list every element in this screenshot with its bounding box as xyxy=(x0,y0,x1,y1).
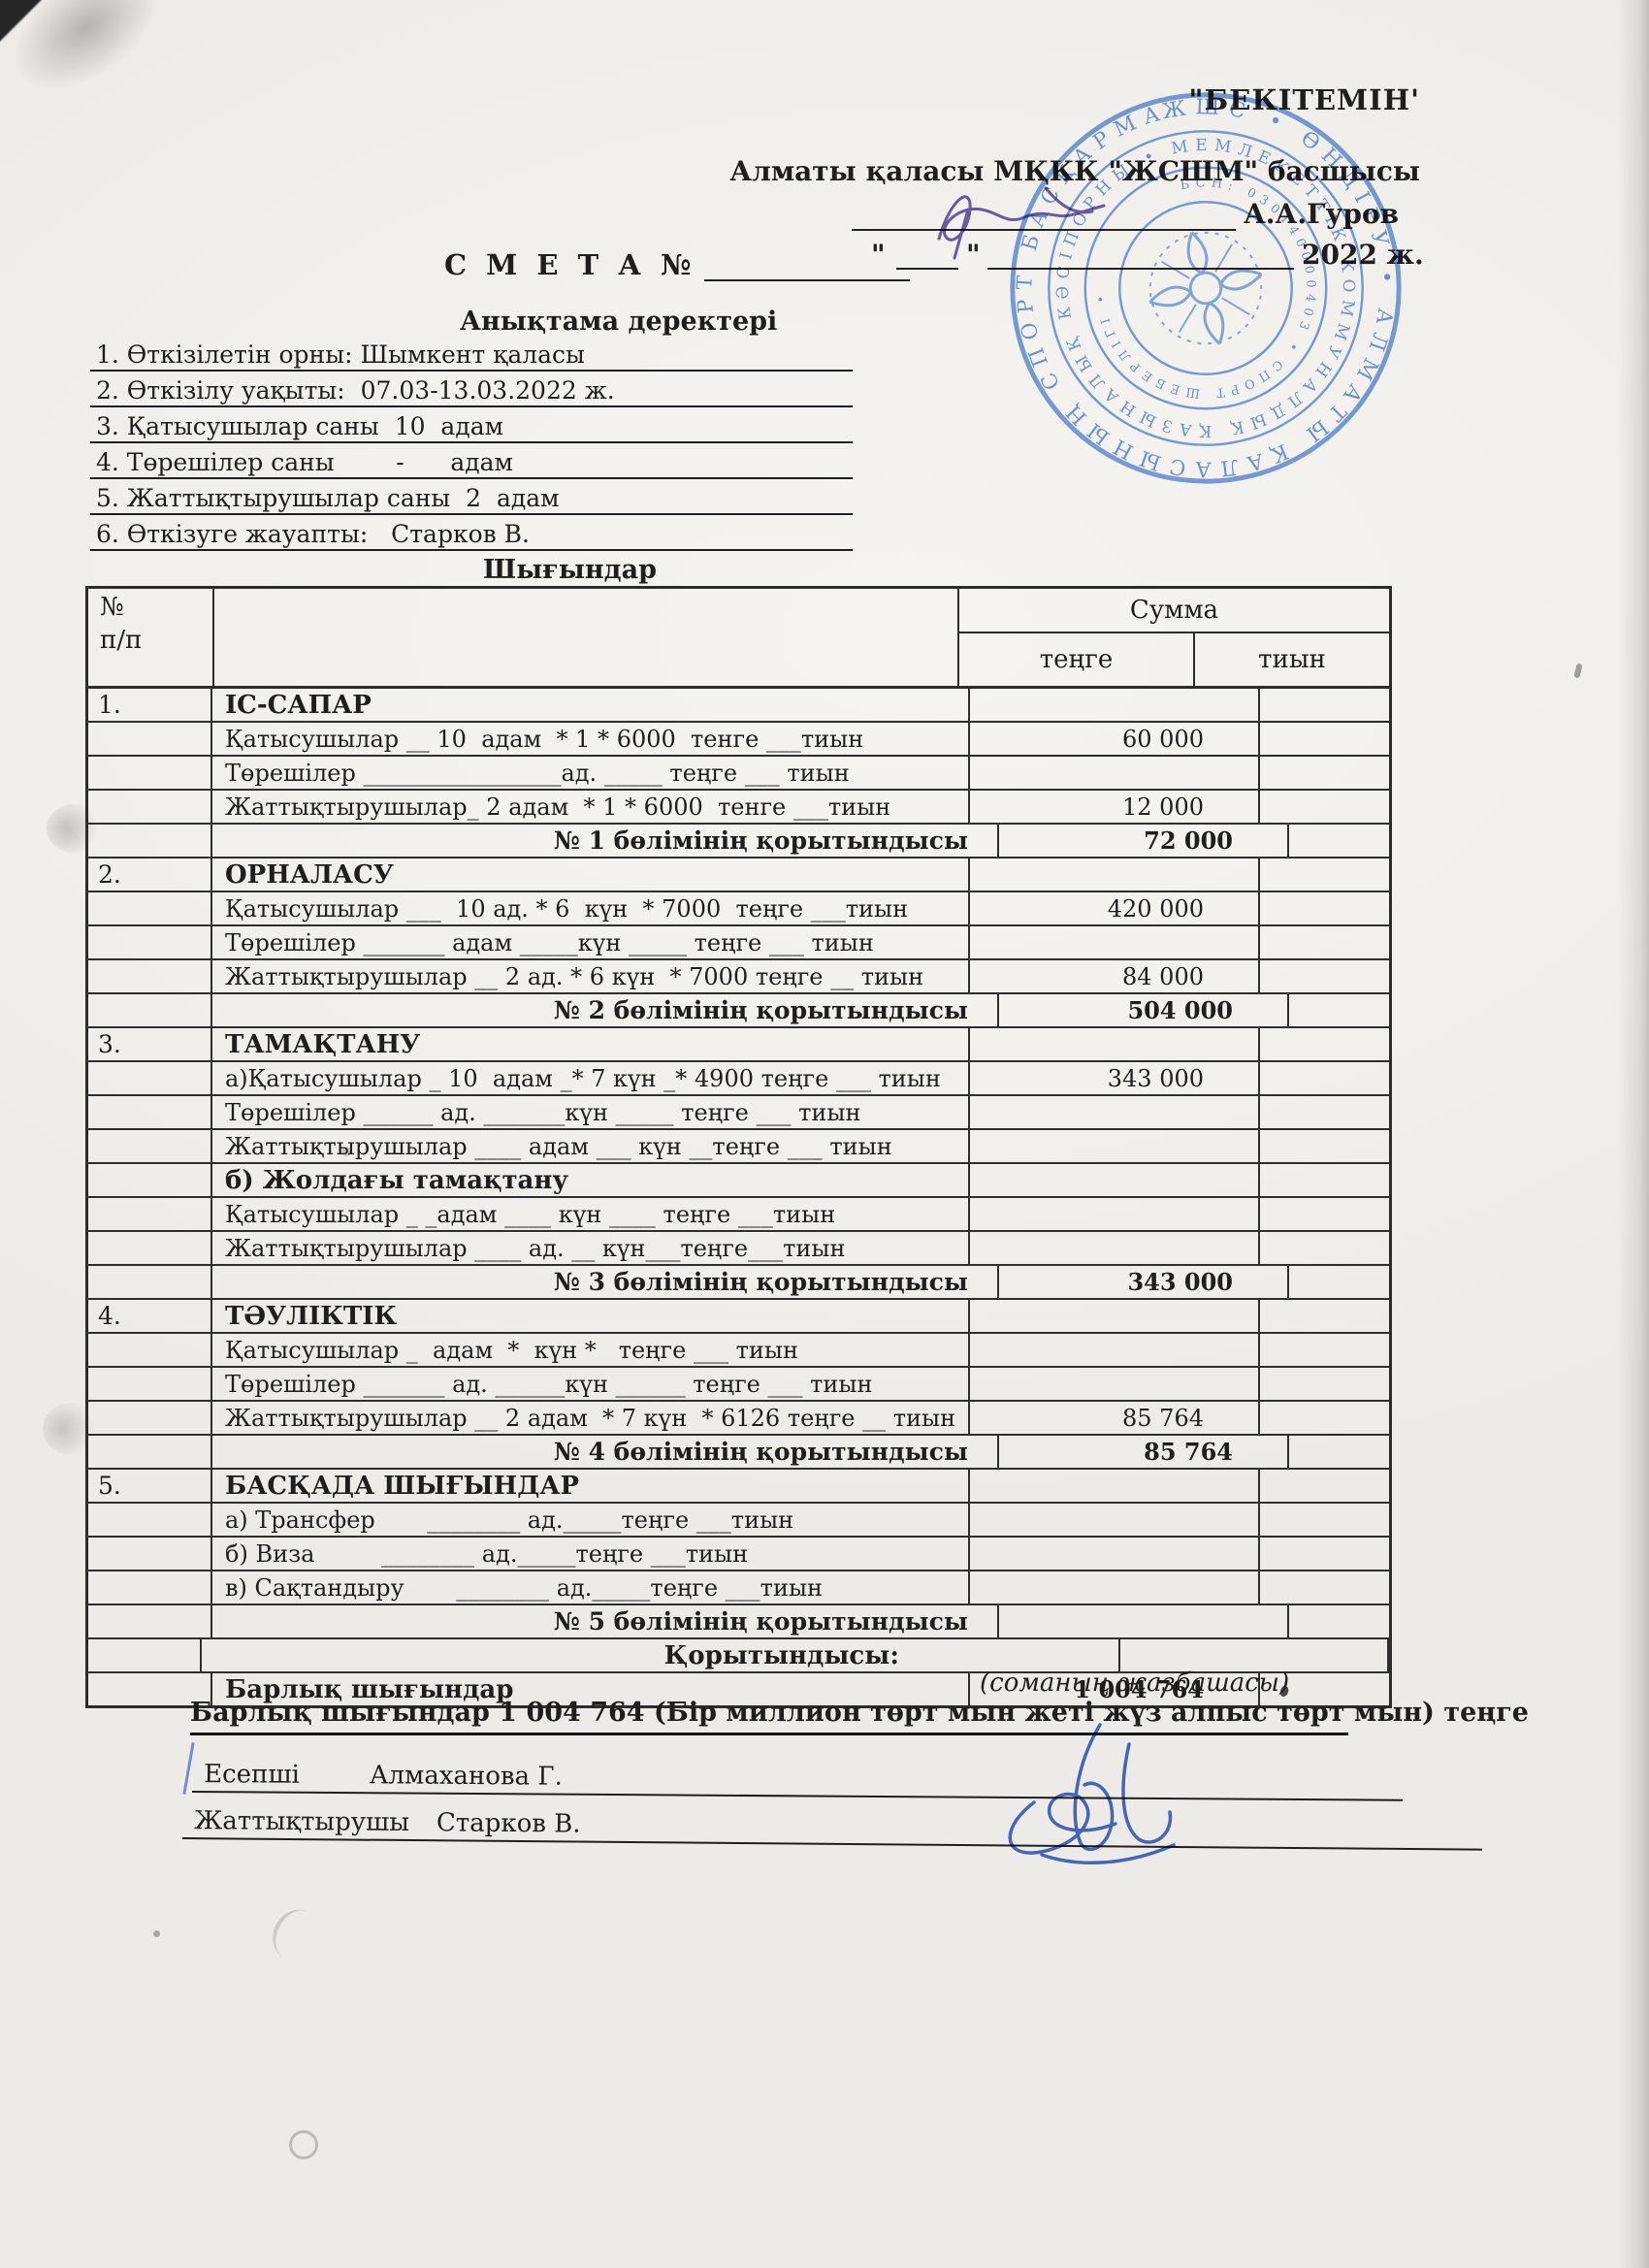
table-row: Төрешілер ______ ад. _______күн _____ те… xyxy=(88,1096,1389,1130)
row-description: № 1 бөлімінің қорытындысы xyxy=(212,825,999,857)
row-number xyxy=(88,926,212,958)
row-number xyxy=(88,825,212,857)
row-amount-tenge: 72 000 xyxy=(999,825,1289,857)
row-description: Қатысушылар _ адам * күн * теңге ___ тиы… xyxy=(212,1334,970,1366)
row-amount-tiyn xyxy=(1260,1096,1389,1128)
table-row: Төрешілер _______ ад. ______күн ______ т… xyxy=(88,1368,1389,1402)
row-amount-tiyn xyxy=(1260,960,1389,992)
row-description: Төрешілер ______ ад. _______күн _____ те… xyxy=(212,1096,970,1128)
table-row: б) Жолдағы тамақтану xyxy=(88,1164,1389,1198)
row-number xyxy=(88,723,212,755)
row-amount-tiyn xyxy=(1260,1368,1389,1400)
official-stamp: ЖШС • ӨНДІРУ • АЛМАТЫ ҚАЛАСЫНЫҢ СПОРТ БА… xyxy=(962,45,1449,532)
row-amount-tiyn xyxy=(1260,1571,1389,1604)
row-description: БАСҚАДА ШЫҒЫНДАР xyxy=(212,1470,970,1502)
row-description: № 3 бөлімінің қорытындысы xyxy=(212,1266,999,1298)
row-amount-tenge xyxy=(970,757,1260,789)
row-amount-tenge xyxy=(970,1164,1260,1196)
row-description: Жаттықтырушылар_ 2 адам * 1 * 6000 тенге… xyxy=(212,791,970,823)
row-number: 1. xyxy=(88,689,212,721)
table-row: Жаттықтырушылар __ 2 адам * 7 күн * 6126… xyxy=(88,1402,1389,1436)
reference-item: 1. Өткізілетін орны: Шымкент қаласы xyxy=(90,336,853,372)
row-description: Қатысушылар __ 10 адам * 1 * 6000 тенге … xyxy=(212,723,970,755)
row-number xyxy=(88,1605,212,1637)
table-row: 1.ІС-САПАР xyxy=(88,689,1389,723)
expenses-heading: Шығындар xyxy=(483,555,657,585)
row-description: а) Трансфер ________ ад._____теңге ___ти… xyxy=(212,1504,970,1536)
row-amount-tenge xyxy=(970,1300,1260,1332)
reference-item: 3. Қатысушылар саны 10 адам xyxy=(90,407,853,443)
row-amount-tiyn xyxy=(1260,1232,1389,1264)
svg-text:ЖШС • ӨНДІРУ • АЛМАТЫ ҚАЛАСЫНЫ: ЖШС • ӨНДІРУ • АЛМАТЫ ҚАЛАСЫНЫҢ СПОРТ БА… xyxy=(962,45,1439,527)
row-amount-tenge xyxy=(970,1334,1260,1366)
accountant-label: Есепші xyxy=(192,1760,300,1790)
row-amount-tiyn xyxy=(1260,1402,1389,1434)
row-description: в) Сақтандыру ________ ад._____теңге ___… xyxy=(212,1571,970,1604)
table-row: № 4 бөлімінің қорытындысы85 764 xyxy=(88,1436,1389,1470)
row-description: Жаттықтырушылар __ 2 ад. * 6 күн * 7000 … xyxy=(212,960,970,992)
row-amount-tiyn xyxy=(1260,689,1389,721)
row-amount-tiyn xyxy=(1260,859,1389,891)
row-number xyxy=(88,960,212,992)
smeta-label: С М Е Т А № xyxy=(444,248,696,281)
row-amount-tenge xyxy=(970,1028,1260,1060)
row-number xyxy=(88,791,212,823)
row-amount-tenge: 12 000 xyxy=(970,791,1260,823)
row-description: а)Қатысушылар _ 10 адам _* 7 күн _* 4900… xyxy=(212,1062,970,1094)
scan-mark-curl xyxy=(264,1901,330,1969)
document-title: С М Е Т А № xyxy=(444,248,910,281)
row-description: Қатысушылар _ _адам ____ күн ____ теңге … xyxy=(212,1198,970,1230)
column-header-tiyn: тиын xyxy=(1195,633,1389,686)
row-amount-tenge: 343 000 xyxy=(970,1062,1260,1094)
row-number: 5. xyxy=(88,1470,212,1502)
row-number xyxy=(88,1402,212,1434)
row-amount-tenge: 85 764 xyxy=(970,1402,1260,1434)
table-row: Жаттықтырушылар ____ адам ___ күн __теңг… xyxy=(88,1130,1389,1164)
smeta-number-blank xyxy=(704,252,910,281)
row-number xyxy=(88,1164,212,1196)
row-amount-tiyn xyxy=(1260,757,1389,789)
row-amount-tenge xyxy=(970,1368,1260,1400)
row-number: 2. xyxy=(88,859,212,891)
column-header-sum-group: Сумма теңге тиын xyxy=(959,589,1389,686)
row-description: № 2 бөлімінің қорытындысы xyxy=(212,994,999,1026)
reference-list: 1. Өткізілетін орны: Шымкент қаласы2. Өт… xyxy=(90,336,853,551)
row-description: Төрешілер _________________ад. _____ тең… xyxy=(212,757,970,789)
row-description: Жаттықтырушылар __ 2 адам * 7 күн * 6126… xyxy=(212,1402,970,1434)
reference-item: 4. Төрешілер саны - адам xyxy=(90,443,853,479)
row-number xyxy=(88,1504,212,1536)
column-header-tenge: теңге xyxy=(959,633,1195,686)
column-header-number: № п/п xyxy=(88,589,214,686)
table-row: Төрешілер _______ адам _____күн _____ те… xyxy=(88,926,1389,960)
row-description: ОРНАЛАСУ xyxy=(212,859,970,891)
table-row: № 5 бөлімінің қорытындысы xyxy=(88,1605,1389,1639)
row-description: Жаттықтырушылар ____ ад. __ күн___теңге_… xyxy=(212,1232,970,1264)
table-row: Қатысушылар _ _адам ____ күн ____ теңге … xyxy=(88,1198,1389,1232)
row-description: № 5 бөлімінің қорытындысы xyxy=(212,1605,999,1637)
row-amount-tenge xyxy=(970,1130,1260,1162)
table-row: 3.ТАМАҚТАНУ xyxy=(88,1028,1389,1062)
row-amount-tenge xyxy=(970,1470,1260,1502)
row-amount-tiyn xyxy=(1260,1538,1389,1570)
row-amount-tenge: 420 000 xyxy=(970,892,1260,924)
row-amount-tiyn xyxy=(1260,1028,1389,1060)
row-amount-tiyn xyxy=(1260,1334,1389,1366)
row-number xyxy=(88,1266,212,1298)
row-amount-tiyn xyxy=(1260,1198,1389,1230)
sum-subheaders: теңге тиын xyxy=(959,633,1389,686)
row-description: б) Виза ________ ад._____теңге ___тиын xyxy=(212,1538,970,1570)
trainer-handwritten-signature xyxy=(982,1707,1273,1877)
row-number xyxy=(88,1571,212,1604)
number-header-line2: п/п xyxy=(100,624,212,657)
row-amount-tiyn xyxy=(1260,926,1389,958)
row-amount-tenge xyxy=(1120,1639,1389,1671)
reference-heading: Анықтама деректері xyxy=(460,307,777,337)
reference-item: 5. Жаттықтырушылар саны 2 адам xyxy=(90,479,853,515)
scanned-document-page: "БЕКІТЕМІН' Алматы қаласы МҚКК "ЖСШМ" ба… xyxy=(0,0,1649,2268)
row-number: 4. xyxy=(88,1300,212,1332)
expenses-table-body: 1.ІС-САПАРҚатысушылар __ 10 адам * 1 * 6… xyxy=(88,689,1389,1705)
row-amount-tenge: 504 000 xyxy=(999,994,1289,1026)
table-row: Қатысушылар _ адам * күн * теңге ___ тиы… xyxy=(88,1334,1389,1368)
row-description: ТАМАҚТАНУ xyxy=(212,1028,970,1060)
row-amount-tenge: 343 000 xyxy=(999,1266,1289,1298)
row-number xyxy=(88,1232,212,1264)
row-amount-tiyn xyxy=(1260,1300,1389,1332)
row-amount-tenge xyxy=(970,1504,1260,1536)
row-amount-tiyn xyxy=(1260,1130,1389,1162)
table-row: № 1 бөлімінің қорытындысы72 000 xyxy=(88,825,1389,859)
row-number xyxy=(88,1639,202,1671)
scan-mark-ring xyxy=(289,2130,318,2159)
row-amount-tiyn xyxy=(1289,1266,1389,1298)
table-row: Жаттықтырушылар_ 2 адам * 1 * 6000 тенге… xyxy=(88,791,1389,825)
row-number xyxy=(88,994,212,1026)
table-row: Төрешілер _________________ад. _____ тең… xyxy=(88,757,1389,791)
table-row: Жаттықтырушылар ____ ад. __ күн___теңге_… xyxy=(88,1232,1389,1266)
row-amount-tenge xyxy=(970,859,1260,891)
row-number xyxy=(88,1334,212,1366)
row-amount-tiyn xyxy=(1289,1605,1389,1637)
row-amount-tiyn xyxy=(1289,825,1389,857)
row-amount-tiyn xyxy=(1289,994,1389,1026)
table-row: 2.ОРНАЛАСУ xyxy=(88,859,1389,892)
accountant-name: Алмаханова Г. xyxy=(370,1761,563,1791)
trainer-label: Жаттықтырушы xyxy=(182,1806,409,1837)
expenses-table-header: № п/п Сумма теңге тиын xyxy=(88,589,1389,689)
table-row: а) Трансфер ________ ад._____теңге ___ти… xyxy=(88,1504,1389,1538)
table-row: Қатысушылар ___ 10 ад. * 6 күн * 7000 те… xyxy=(88,892,1389,926)
row-description: Қорытындысы: xyxy=(202,1639,1120,1671)
trainer-name: Старков В. xyxy=(436,1808,581,1838)
scan-corner-fold xyxy=(0,0,60,56)
row-number xyxy=(88,1096,212,1128)
director-handwritten-signature xyxy=(929,177,1191,274)
row-description: Қатысушылар ___ 10 ад. * 6 күн * 7000 те… xyxy=(212,892,970,924)
row-description: ТӘУЛІКТІК xyxy=(212,1300,970,1332)
sum-in-words-note: (соманың жазбашасы) xyxy=(980,1669,1289,1698)
row-amount-tiyn xyxy=(1260,1164,1389,1196)
row-number: 3. xyxy=(88,1028,212,1060)
row-number xyxy=(88,1130,212,1162)
row-number xyxy=(88,1538,212,1570)
row-amount-tenge xyxy=(970,1538,1260,1570)
row-description: № 4 бөлімінің қорытындысы xyxy=(212,1436,999,1468)
row-amount-tiyn xyxy=(1260,892,1389,924)
row-amount-tenge: 84 000 xyxy=(970,960,1260,992)
reference-item: 6. Өткізуге жауапты: Старков В. xyxy=(90,515,853,551)
column-header-sum: Сумма xyxy=(959,589,1389,633)
row-amount-tiyn xyxy=(1260,1062,1389,1094)
row-amount-tiyn xyxy=(1260,1470,1389,1502)
row-description: Жаттықтырушылар ____ адам ___ күн __теңг… xyxy=(212,1130,970,1162)
scan-speck xyxy=(1573,663,1582,678)
row-amount-tenge xyxy=(970,689,1260,721)
row-description: ІС-САПАР xyxy=(212,689,970,721)
table-row: № 2 бөлімінің қорытындысы504 000 xyxy=(88,994,1389,1028)
expenses-table: № п/п Сумма теңге тиын 1.ІС-САПАРҚатысуш… xyxy=(85,586,1392,1708)
scan-edge-shadow xyxy=(1618,0,1649,2268)
row-amount-tenge xyxy=(970,1198,1260,1230)
table-row: б) Виза ________ ад._____теңге ___тиын xyxy=(88,1538,1389,1571)
row-amount-tenge xyxy=(970,926,1260,958)
table-row: № 3 бөлімінің қорытындысы343 000 xyxy=(88,1266,1389,1300)
row-amount-tenge xyxy=(970,1096,1260,1128)
number-header-line1: № xyxy=(100,591,212,624)
row-number xyxy=(88,1436,212,1468)
row-number xyxy=(88,892,212,924)
table-row: в) Сақтандыру ________ ад._____теңге ___… xyxy=(88,1571,1389,1605)
row-number xyxy=(88,757,212,789)
row-description: Төрешілер _______ ад. ______күн ______ т… xyxy=(212,1368,970,1400)
table-row: 5.БАСҚАДА ШЫҒЫНДАР xyxy=(88,1470,1389,1504)
table-row: Қатысушылар __ 10 адам * 1 * 6000 тенге … xyxy=(88,723,1389,757)
row-description: б) Жолдағы тамақтану xyxy=(212,1164,970,1196)
row-amount-tiyn xyxy=(1289,1436,1389,1468)
column-header-description xyxy=(214,589,959,686)
table-row: 4.ТӘУЛІКТІК xyxy=(88,1300,1389,1334)
row-number xyxy=(88,1368,212,1400)
stamp-ring-outer-text: ЖШС • ӨНДІРУ • АЛМАТЫ ҚАЛАСЫНЫҢ СПОРТ БА… xyxy=(962,45,1439,527)
row-number xyxy=(88,1198,212,1230)
row-amount-tenge: 60 000 xyxy=(970,723,1260,755)
row-description: Төрешілер _______ адам _____күн _____ те… xyxy=(212,926,970,958)
table-row: а)Қатысушылар _ 10 адам _* 7 күн _* 4900… xyxy=(88,1062,1389,1096)
scan-speck xyxy=(153,1930,160,1937)
row-amount-tenge xyxy=(999,1605,1289,1637)
trainer-signature-row: Жаттықтырушы Старков В. xyxy=(182,1795,1482,1851)
row-amount-tiyn xyxy=(1260,1504,1389,1536)
row-amount-tiyn xyxy=(1260,791,1389,823)
row-number xyxy=(88,1062,212,1094)
row-amount-tenge xyxy=(970,1232,1260,1264)
row-amount-tenge: 85 764 xyxy=(999,1436,1289,1468)
row-amount-tiyn xyxy=(1260,723,1389,755)
row-amount-tenge xyxy=(970,1571,1260,1604)
reference-item: 2. Өткізілу уақыты: 07.03-13.03.2022 ж. xyxy=(90,372,853,407)
table-row: Жаттықтырушылар __ 2 ад. * 6 күн * 7000 … xyxy=(88,960,1389,994)
